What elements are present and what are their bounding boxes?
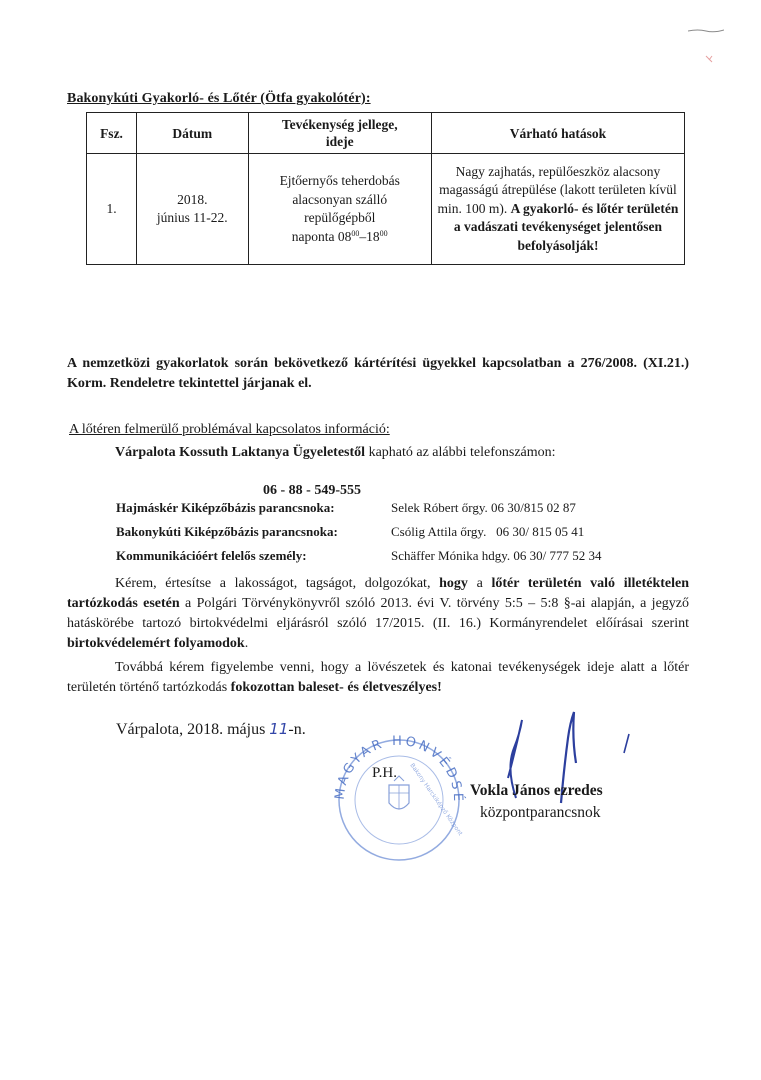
contact-role: Kommunikációért felelős személy: (116, 548, 307, 564)
duty-office-name: Várpalota Kossuth Laktanya Ügyeletestől (115, 445, 365, 460)
signer-title: központparancsnok (480, 804, 601, 822)
text-bold: birtokvédelemért folyamodok (67, 636, 245, 651)
duty-office-line: Várpalota Kossuth Laktanya Ügyeletestől … (115, 445, 556, 461)
place-date-suffix: -n. (288, 721, 305, 738)
header-tevekenyseg: Tevékenység jellege, ideje (248, 113, 431, 154)
header-tevekenyseg-line2: ideje (326, 134, 354, 149)
contact-person: Csólig Attila őrgy. 06 30/ 815 05 41 (391, 524, 584, 540)
tev-line2: alacsonyan szálló (292, 192, 387, 207)
duty-phone: 06 - 88 - 549-555 (263, 483, 361, 499)
datum-range: június 11-22. (157, 210, 228, 225)
tev-line3: repülőgépből (304, 210, 375, 225)
contact-person: Schäffer Mónika hdgy. 06 30/ 777 52 34 (391, 548, 602, 564)
text: Kérem, értesítse a lakosságot, tagságot,… (115, 576, 439, 591)
contact-role: Hajmáskér Kiképzőbázis parancsnoka: (116, 500, 335, 516)
cell-fsz: 1. (87, 154, 137, 265)
ph-label: P.H. (372, 765, 397, 782)
cell-datum: 2018. június 11-22. (137, 154, 249, 265)
contact-list: Hajmáskér Kiképzőbázis parancsnoka: Sele… (116, 500, 676, 570)
text-bold: fokozottan baleset- és életveszélyes! (231, 680, 442, 695)
tev-time: naponta 08 (292, 229, 352, 244)
contact-person: Selek Róbert őrgy. 06 30/815 02 87 (391, 500, 576, 516)
cell-hatasok: Nagy zajhatás, repülőeszköz alacsony mag… (431, 154, 684, 265)
text: a (468, 576, 492, 591)
table-header-row: Fsz. Dátum Tevékenység jellege, ideje Vá… (87, 113, 685, 154)
handwritten-day: 11 (269, 720, 288, 738)
scan-artifact (688, 28, 724, 34)
signer-name: Vokla János ezredes (470, 782, 603, 800)
official-stamp: MAGYAR HONVÉDSÉG Bakony Harckiképző Közp… (322, 735, 477, 865)
safety-paragraph: Továbbá kérem figyelembe venni, hogy a l… (67, 658, 689, 698)
info-heading: A lőtéren felmerülő problémával kapcsola… (69, 422, 390, 438)
datum-year: 2018. (177, 192, 207, 207)
table-row: 1. 2018. június 11-22. Ejtőernyős teherd… (87, 154, 685, 265)
cell-tevekenyseg: Ejtőernyős teherdobás alacsonyan szálló … (248, 154, 431, 265)
contact-item: Bakonykúti Kiképzőbázis parancsnoka: Csó… (116, 524, 676, 542)
compensation-paragraph: A nemzetközi gyakorlatok során bekövetke… (67, 354, 689, 394)
text: . (245, 636, 249, 651)
contact-item: Hajmáskér Kiképzőbázis parancsnoka: Sele… (116, 500, 676, 518)
place-date-text: Várpalota, 2018. május (116, 721, 269, 738)
header-datum: Dátum (137, 113, 249, 154)
scan-artifact (704, 54, 714, 64)
signature (486, 708, 636, 818)
trespass-paragraph: Kérem, értesítse a lakosságot, tagságot,… (67, 574, 689, 654)
tev-time-sup: 00 (380, 229, 388, 238)
contact-role: Bakonykúti Kiképzőbázis parancsnoka: (116, 524, 338, 540)
section-title: Bakonykúti Gyakorló- és Lőtér (Ötfa gyak… (67, 91, 371, 107)
tev-time-end: –18 (359, 229, 379, 244)
tev-line1: Ejtőernyős teherdobás (280, 173, 400, 188)
header-hatasok: Várható hatások (431, 113, 684, 154)
contact-item: Kommunikációért felelős személy: Schäffe… (116, 548, 676, 566)
header-tevekenyseg-line1: Tevékenység jellege, (282, 117, 398, 132)
place-date: Várpalota, 2018. május 11-n. (116, 720, 306, 739)
text-bold: hogy (439, 576, 468, 591)
tev-time-sup: 00 (351, 229, 359, 238)
schedule-table: Fsz. Dátum Tevékenység jellege, ideje Vá… (86, 112, 685, 265)
duty-office-suffix: kapható az alábbi telefonszámon: (365, 445, 555, 460)
header-fsz: Fsz. (87, 113, 137, 154)
